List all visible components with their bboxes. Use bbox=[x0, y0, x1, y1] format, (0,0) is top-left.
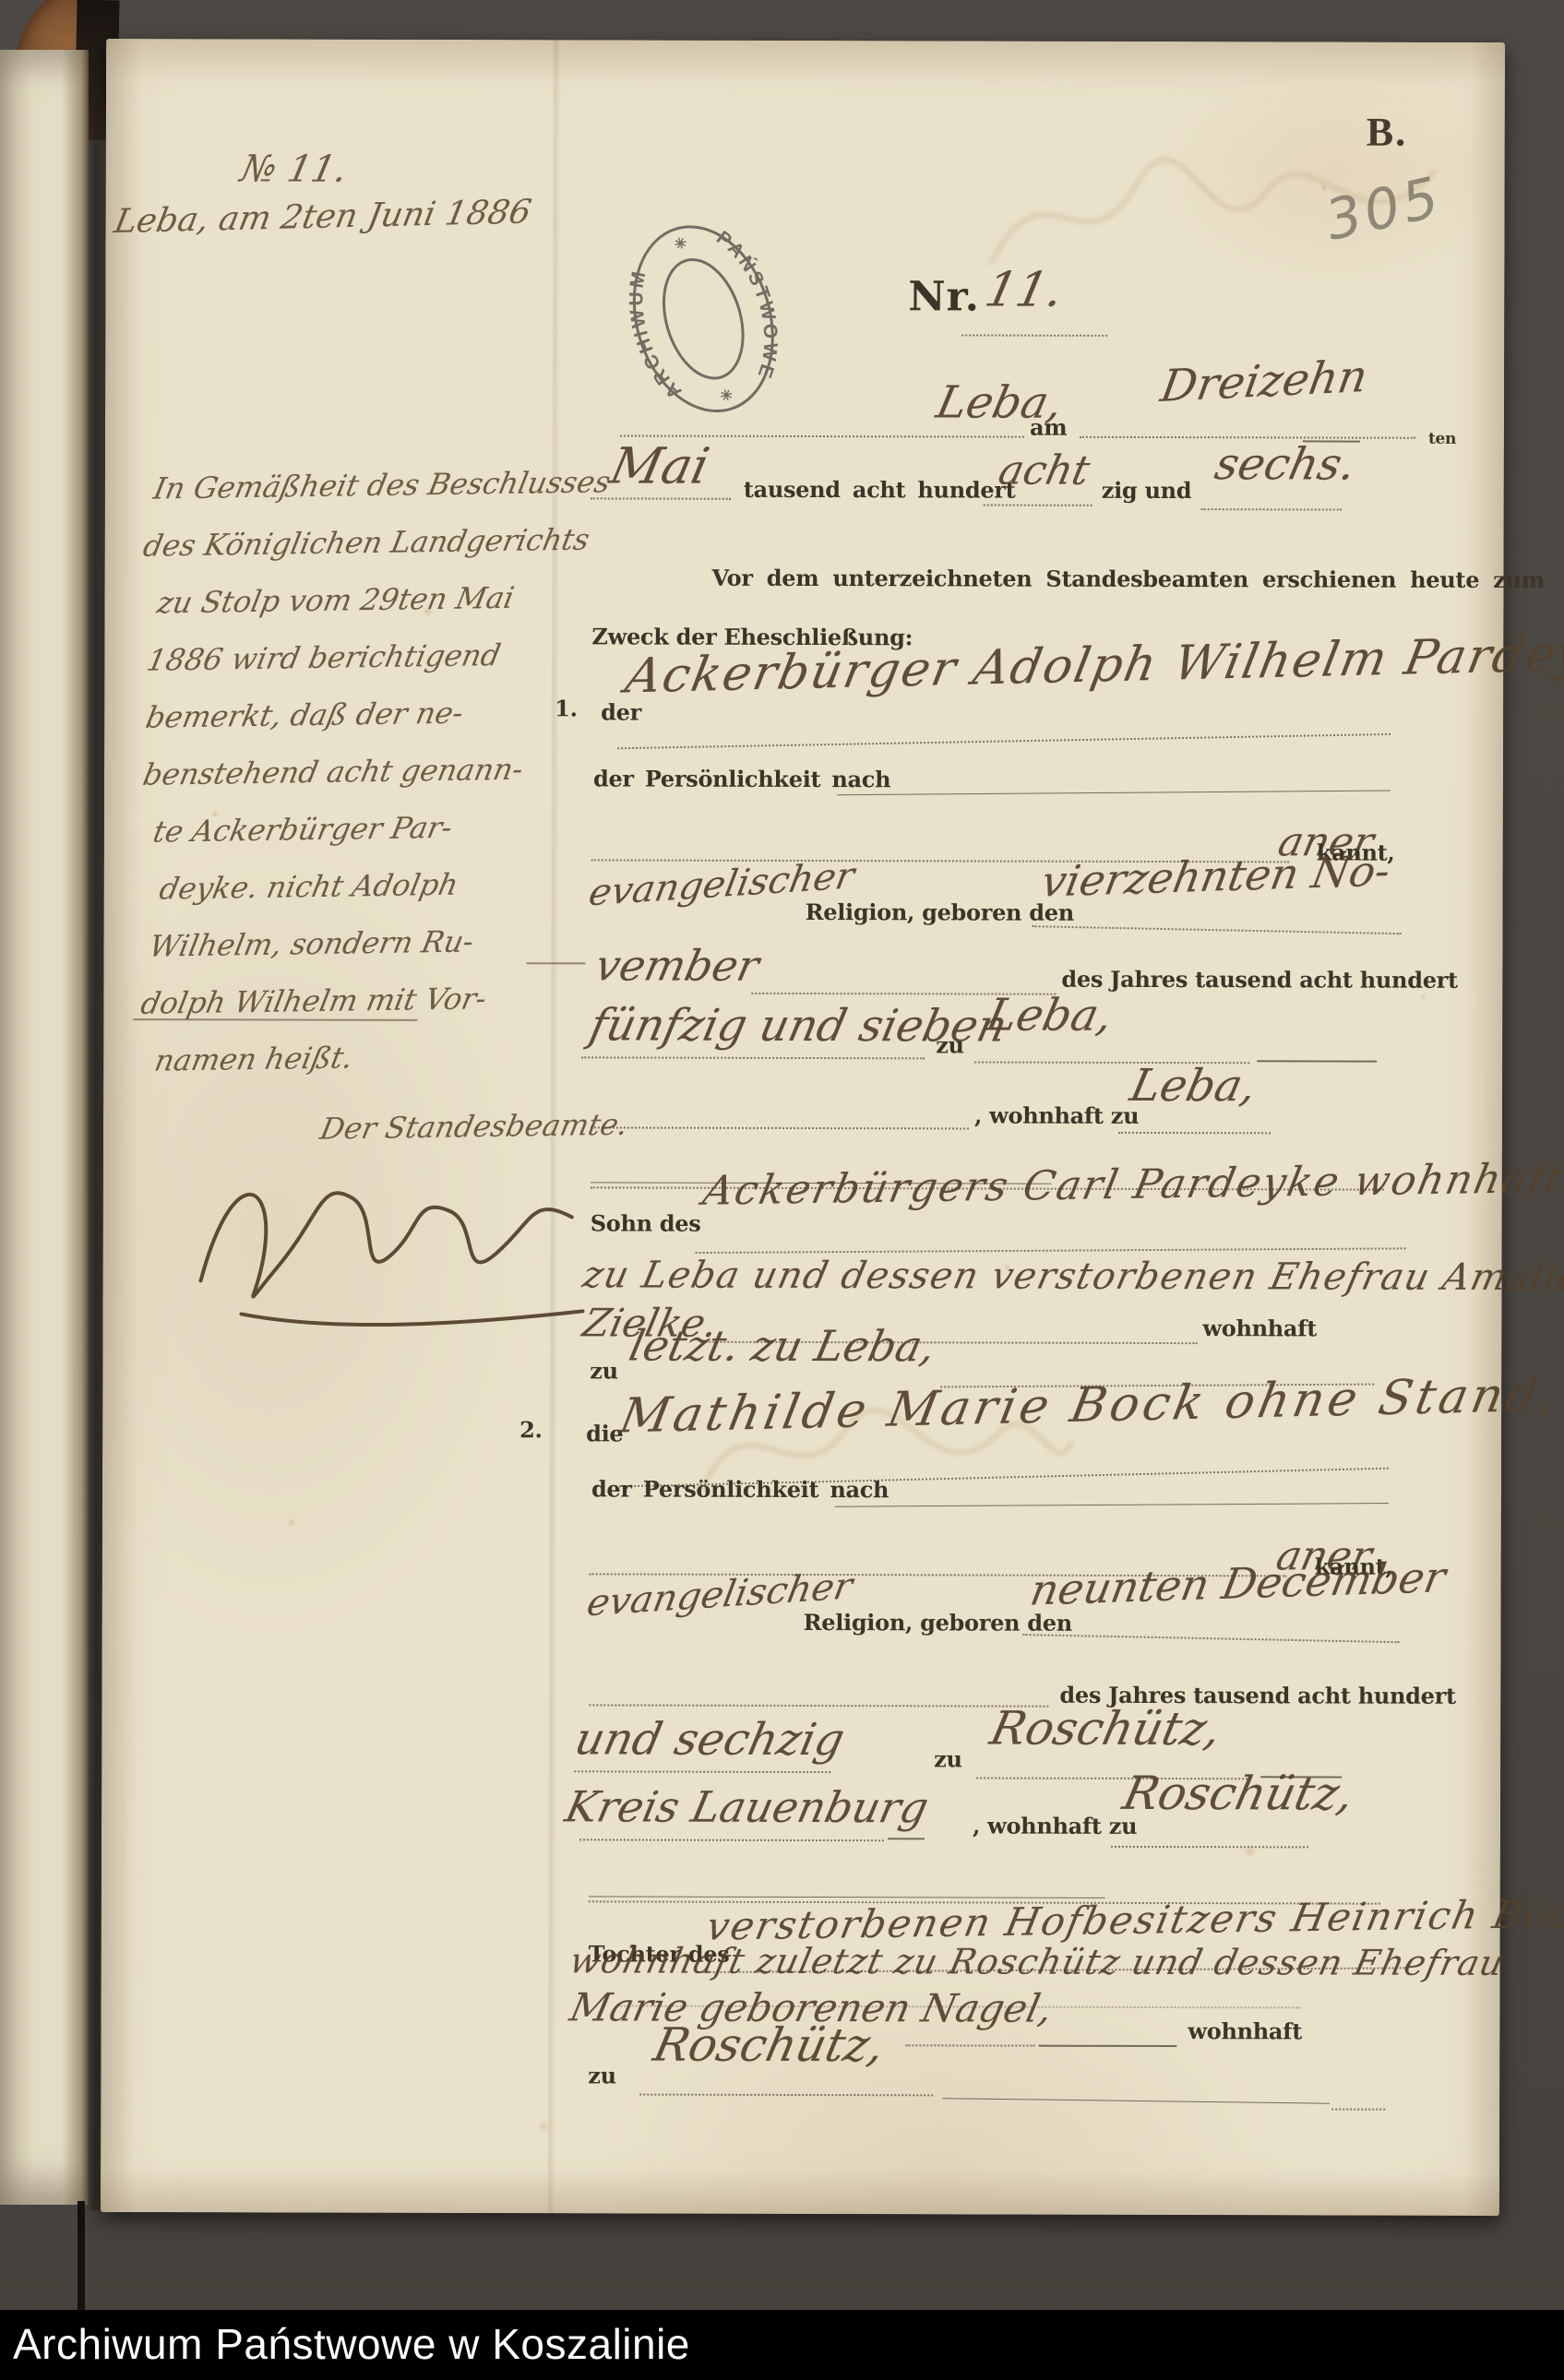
bride-resident-label: , wohnhaft zu bbox=[973, 1812, 1137, 1839]
groom-zu2-label: zu bbox=[590, 1357, 618, 1384]
registrar-signature-flourish bbox=[180, 1142, 605, 1337]
unit-year-entry: sechs. bbox=[1211, 438, 1361, 490]
dotted-line bbox=[589, 1704, 1048, 1707]
margin-line: des Königlichen Landgerichts bbox=[138, 509, 664, 574]
groom-son-label: Sohn des bbox=[591, 1209, 701, 1236]
dotted-line bbox=[617, 733, 1391, 749]
am-label: am bbox=[1030, 414, 1067, 441]
dotted-line bbox=[639, 2094, 933, 2097]
dotted-line bbox=[574, 1770, 830, 1773]
groom-birth-day-entry: vierzehnten No- bbox=[1038, 846, 1394, 907]
stamp-star-top: ✳ bbox=[673, 235, 689, 254]
stamp-star-bottom: ✳ bbox=[719, 387, 735, 405]
zig-und-label: zig und bbox=[1102, 477, 1192, 504]
dotted-line bbox=[1033, 925, 1402, 934]
svg-text:PAŃSTWOWE: PAŃSTWOWE bbox=[709, 220, 798, 388]
svg-text:ARCHIWUM: ARCHIWUM bbox=[612, 262, 689, 409]
groom-year-label: des Jahres tausend acht hundert bbox=[1061, 966, 1457, 994]
bride-zu-label: zu bbox=[934, 1745, 962, 1772]
day-entry: Dreizehn bbox=[1157, 351, 1371, 412]
groom-residence-entry: Leba, bbox=[1126, 1060, 1261, 1112]
ink-bleedthrough-smudge bbox=[693, 1351, 1081, 1536]
dotted-line bbox=[1111, 1846, 1308, 1849]
document-page: B. 305 ARCHIWUM PAŃSTWOWE ✳ ✳ № 11. Leba… bbox=[101, 39, 1505, 2216]
spine-shadow-line bbox=[78, 2201, 85, 2312]
margin-line: benstehend acht genann- bbox=[137, 738, 667, 803]
archive-oval-stamp: ARCHIWUM PAŃSTWOWE ✳ ✳ bbox=[583, 186, 824, 452]
dotted-line bbox=[905, 2044, 1034, 2046]
ink-bleedthrough-smudge bbox=[973, 96, 1453, 318]
bride-index: 2. bbox=[519, 1416, 543, 1443]
margin-line: te Ackerbürger Par- bbox=[148, 795, 668, 860]
dotted-line bbox=[984, 505, 1092, 506]
archive-caption-text: Archiwum Państwowe w Koszalinie bbox=[13, 2310, 1564, 2378]
groom-religion-label: Religion, geboren den bbox=[806, 898, 1074, 926]
ten-suffix-label: ten bbox=[1428, 430, 1456, 448]
bride-birth-year-entry: und sechzig bbox=[570, 1713, 849, 1766]
margin-line: zu Stolp vom 29ten Mai bbox=[152, 566, 665, 631]
groom-birth-month-entry: vember bbox=[591, 940, 763, 990]
margin-line: In Gemäßheit des Beschlusses bbox=[149, 452, 663, 517]
stamp-text-right: PAŃSTWOWE bbox=[709, 220, 798, 388]
bride-wohnhaft-label: wohnhaft bbox=[1188, 2017, 1302, 2044]
decade-entry: acht bbox=[995, 447, 1094, 494]
margin-dateline: Leba, am 2ten Juni 1886 bbox=[112, 194, 534, 242]
solid-line bbox=[1257, 1060, 1377, 1062]
groom-identity-label: der Persönlichkeit nach bbox=[593, 765, 890, 792]
year-prefix-label: tausend acht hundert bbox=[744, 476, 1016, 504]
dotted-line bbox=[961, 334, 1107, 336]
bride-residence-entry: Roschütz, bbox=[1118, 1767, 1359, 1821]
bride-last-residence-entry: Roschütz, bbox=[649, 2018, 889, 2073]
intro-line-1: Vor dem unterzeichneten Standesbeamten e… bbox=[712, 565, 1545, 593]
dotted-line bbox=[1023, 1634, 1400, 1643]
bride-zu2-label: zu bbox=[588, 2062, 616, 2088]
dotted-line bbox=[591, 497, 731, 499]
dotted-line bbox=[1201, 508, 1342, 510]
margin-line: Wilhelm, sondern Ru- bbox=[144, 910, 670, 974]
margin-ref-number: № 11. bbox=[237, 148, 352, 190]
bride-birth-place-entry: Roschütz, bbox=[985, 1702, 1226, 1756]
dotted-line bbox=[696, 1247, 1406, 1254]
margin-signoff: Der Standesbeamte. bbox=[317, 1107, 631, 1147]
bride-kreis-entry: Kreis Lauenburg bbox=[561, 1781, 933, 1832]
margin-line: 1886 wird berichtigend bbox=[142, 624, 666, 688]
dotted-line bbox=[1118, 1132, 1271, 1134]
groom-birth-place-entry: Leba, bbox=[982, 990, 1117, 1041]
ruled-line bbox=[589, 1896, 1105, 1898]
stamp-text-left: ARCHIWUM bbox=[612, 262, 689, 409]
margin-line: bemerkt, daß der ne- bbox=[141, 681, 667, 745]
ruled-line bbox=[837, 791, 1391, 796]
archival-scan: B. 305 ARCHIWUM PAŃSTWOWE ✳ ✳ № 11. Leba… bbox=[0, 0, 1564, 2380]
margin-correction-note: In Gemäßheit des Beschlusses des Königli… bbox=[116, 453, 661, 1090]
dotted-line bbox=[591, 1126, 969, 1129]
month-entry: Mai bbox=[605, 436, 714, 494]
groom-father-entry: Ackerbürgers Carl Pardeyke wohnhaft. bbox=[699, 1155, 1564, 1215]
solid-line bbox=[888, 1838, 925, 1839]
dotted-line bbox=[1331, 2109, 1385, 2111]
groom-resident-label: , wohnhaft zu bbox=[974, 1101, 1139, 1128]
groom-index: 1. bbox=[555, 695, 578, 721]
ruled-line bbox=[942, 2098, 1330, 2103]
nr-label: Nr. bbox=[908, 273, 980, 320]
archive-caption-bar: Archiwum Państwowe w Koszalinie bbox=[0, 2310, 1564, 2380]
previous-page-edge bbox=[0, 50, 89, 2205]
dotted-line bbox=[579, 1839, 884, 1841]
margin-underline bbox=[526, 962, 585, 964]
groom-zu-label: zu bbox=[936, 1031, 964, 1058]
solid-line bbox=[1038, 2045, 1176, 2047]
bride-parents-entry: wohnhaft zuletzt zu Roschütz und dessen … bbox=[567, 1940, 1509, 1983]
bride-birth-day-entry: neunten December bbox=[1027, 1552, 1450, 1614]
groom-wohnhaft-label: wohnhaft bbox=[1202, 1315, 1317, 1341]
